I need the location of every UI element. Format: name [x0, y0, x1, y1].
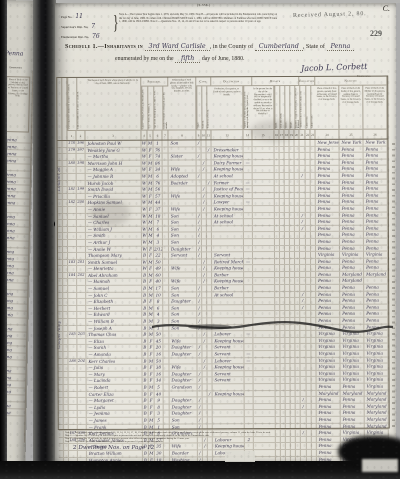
table-cell: Son: [170, 417, 198, 423]
table-cell: —: [244, 259, 253, 265]
table-cell: Penna: [316, 285, 340, 291]
table-cell: [69, 418, 78, 424]
table-cell: Penna: [316, 160, 340, 166]
table-cell: [77, 213, 86, 219]
table-cell: Keeping house: [213, 391, 245, 397]
table-cell: Thomas Chas: [86, 332, 142, 338]
table-cell: Maryland: [365, 423, 389, 429]
table-cell: Lawyer: [212, 200, 244, 206]
table-cell: [244, 173, 253, 179]
column-header: Place of Birth of this person, naming St…: [315, 86, 339, 129]
table-cell: 185: [68, 332, 77, 338]
table-cell: 183: [68, 260, 77, 266]
table-cell: [244, 312, 253, 318]
table-cell: 184: [68, 273, 77, 279]
column-header: Age at last birthday prior to June 1, 18…: [153, 87, 162, 130]
table-cell: Penna: [316, 193, 340, 199]
footnotes-block: Note D.—In the entries under columns num…: [65, 431, 365, 443]
table-cell: [77, 319, 86, 325]
table-cell: Barber: [212, 285, 244, 291]
table-cell: — Johnnie R: [86, 174, 142, 180]
table-cell: Keeping house: [212, 206, 244, 212]
table-cell: [68, 220, 77, 226]
table-cell: [69, 372, 78, 378]
table-cell: Penna: [364, 291, 388, 297]
table-cell: [78, 424, 87, 430]
table-cell: 7: [154, 220, 163, 226]
table-cell: Virginia: [316, 357, 340, 363]
table-cell: [253, 173, 275, 179]
table-cell: Penna: [340, 212, 364, 218]
table-cell: Son: [169, 325, 197, 331]
table-cell: [253, 344, 275, 350]
table-cell: [77, 227, 86, 233]
table-cell: [213, 424, 245, 430]
table-cell: 49: [154, 266, 163, 272]
enum-day-value: fifth: [175, 54, 200, 63]
table-cell: [253, 331, 275, 337]
table-cell: [253, 298, 275, 304]
table-cell: 2/12: [154, 246, 163, 252]
table-cell: Penna: [317, 384, 341, 390]
table-cell: Penna: [316, 318, 340, 324]
table-cell: Penna: [341, 417, 365, 423]
table-cell: Penna: [364, 285, 388, 291]
table-cell: Penna: [364, 225, 388, 231]
table-cell: [78, 405, 87, 411]
table-cell: Carter Eliza: [87, 391, 143, 397]
table-cell: Penna: [317, 404, 341, 410]
table-cell: Daughter: [170, 378, 198, 384]
table-cell: Boarder: [170, 450, 198, 456]
table-cell: [253, 186, 275, 192]
table-cell: Virginia: [364, 364, 388, 370]
county-value: Cumberland: [255, 42, 303, 51]
table-cell: Penna: [316, 239, 340, 245]
supervisor-value: 7: [91, 23, 95, 30]
table-cell: Penna: [341, 410, 365, 416]
table-cell: [254, 404, 276, 410]
table-cell: Maryland: [364, 271, 388, 277]
table-cell: [253, 252, 275, 258]
place-value: 3rd Ward Carlisle: [145, 42, 210, 51]
table-cell: [68, 240, 77, 246]
table-cell: Penna: [364, 186, 388, 192]
table-cell: [213, 411, 245, 417]
table-cell: — Arthur J: [86, 240, 142, 246]
table-cell: 3: [154, 319, 163, 325]
table-cell: [254, 397, 276, 403]
column-number: 3: [85, 130, 141, 140]
column-header: Relationship of each person to the head …: [168, 77, 196, 129]
column-number: 6: [153, 130, 162, 140]
column-header: Occupation: [211, 77, 252, 86]
table-cell: [77, 365, 86, 371]
table-cell: Penna: [340, 285, 364, 291]
label-patch: [362, 459, 398, 472]
schedule-title-line: Schedule 1.—Inhabitants in 3rd Ward Carl…: [65, 42, 391, 50]
table-cell: Penna: [316, 166, 340, 172]
table-cell: [169, 332, 197, 338]
table-cell: [69, 411, 78, 417]
table-cell: 3: [154, 239, 163, 245]
table-cell: [253, 325, 275, 331]
table-body: 178196Johnston Paul WWM1Son/New JerseyNe…: [58, 140, 389, 429]
table-cell: [244, 305, 253, 311]
table-cell: [77, 220, 86, 226]
table-cell: [77, 174, 86, 180]
table-cell: Penna: [316, 199, 340, 205]
table-cell: [244, 318, 253, 324]
table-cell: [253, 292, 275, 298]
table-cell: Penna: [340, 318, 364, 324]
table-cell: [77, 154, 86, 160]
column-header: Education: [299, 77, 315, 86]
table-cell: [169, 358, 197, 364]
table-cell: Daughter: [170, 371, 198, 377]
table-cell: [68, 299, 77, 305]
corner-mark: C.: [383, 4, 390, 13]
table-cell: [244, 285, 253, 291]
table-cell: Penna: [364, 179, 388, 185]
column-header: Civil Condition: [196, 77, 211, 86]
table-cell: Virginia: [340, 331, 364, 337]
table-cell: Daughter: [170, 404, 198, 410]
column-header: Number of months this person has been un…: [243, 86, 252, 129]
table-cell: 204: [77, 358, 86, 364]
table-cell: — Joseph A: [86, 325, 142, 331]
table-cell: [68, 365, 77, 371]
table-cell: Sister: [169, 154, 197, 160]
table-cell: [245, 443, 254, 449]
table-cell: [68, 167, 77, 173]
line-number-ticks: [392, 139, 395, 427]
table-cell: Virginia: [340, 252, 364, 258]
table-cell: [253, 305, 275, 311]
table-cell: [364, 278, 388, 284]
table-cell: [69, 424, 78, 430]
table-cell: Virginia: [364, 252, 388, 258]
table-cell: Penna: [341, 423, 365, 429]
table-cell: [69, 405, 78, 411]
table-cell: Penna: [340, 225, 364, 231]
table-cell: Keeping house: [212, 364, 244, 370]
table-cell: Penna: [364, 245, 388, 251]
table-cell: Penna: [316, 225, 340, 231]
table-cell: Johnston Paul W: [86, 141, 142, 147]
table-cell: [253, 206, 275, 212]
table-cell: Penna: [316, 278, 340, 284]
table-cell: [77, 352, 86, 358]
table-cell: [254, 417, 276, 423]
scan-bottom-edge: [0, 461, 400, 479]
bottom-handwritten-note: 2 Dwellings Nos. on Page 12: [73, 445, 154, 451]
column-header: The Name of each Person whose place of a…: [85, 78, 141, 130]
table-cell: — Frank: [87, 424, 143, 430]
table-cell: [254, 391, 276, 397]
table-cell: 199: [77, 187, 86, 193]
table-cell: 40: [155, 391, 164, 397]
table-cell: Retired Merchant: [212, 259, 244, 265]
table-cell: [68, 174, 77, 180]
table-cell: — Margaret: [87, 398, 143, 404]
table-cell: Penna: [364, 205, 388, 211]
table-cell: [253, 213, 275, 219]
table-cell: Penna: [316, 311, 340, 317]
table-cell: — Amanda: [86, 352, 142, 358]
table-cell: —: [244, 358, 253, 364]
column-number: 13: [211, 129, 243, 139]
table-cell: Penna: [316, 258, 340, 264]
table-cell: Penna: [364, 153, 388, 159]
table-cell: [69, 391, 78, 397]
table-cell: [253, 219, 275, 225]
table-cell: — Eliza: [86, 338, 142, 344]
table-cell: [254, 371, 276, 377]
table-cell: Son: [169, 312, 197, 318]
table-cell: [68, 312, 77, 318]
table-cell: [68, 213, 77, 219]
table-cell: Penna: [317, 423, 341, 429]
table-cell: [253, 318, 275, 324]
table-cell: [253, 358, 275, 364]
table-cell: [212, 246, 244, 252]
table-cell: [68, 180, 77, 186]
column-header: Place of Birth of the Father of this per…: [339, 86, 363, 129]
table-cell: 6: [154, 226, 163, 232]
enum-line-1: enumerated by me on the: [115, 56, 174, 62]
table-cell: 14: [155, 378, 164, 384]
table-cell: Penna: [317, 417, 341, 423]
table-cell: Penna: [364, 324, 388, 330]
table-cell: Penna: [317, 443, 341, 449]
table-cell: [253, 265, 275, 271]
table-cell: Penna: [316, 146, 340, 152]
table-cell: — Hannah: [86, 279, 142, 285]
note-c: Note C.—Questions Nos. 13, 14, 22 and 23…: [150, 20, 261, 23]
table-cell: — Jemima: [87, 411, 143, 417]
table-cell: 6: [154, 305, 163, 311]
table-cell: — Herbert: [86, 305, 142, 311]
table-cell: Virginia: [340, 337, 364, 343]
table-cell: Servant: [213, 371, 245, 377]
table-cell: Penna: [340, 166, 364, 172]
table-cell: Virginia: [316, 364, 340, 370]
table-cell: Keeping house: [212, 265, 244, 271]
table-cell: [244, 345, 253, 351]
table-cell: Penna: [364, 238, 388, 244]
table-cell: 203: [77, 332, 86, 338]
column-header: Profession, Occupation, or Trade of each…: [211, 86, 243, 129]
column-header: Dwelling houses numbered in order of vis…: [67, 78, 76, 130]
table-cell: —: [244, 351, 253, 357]
table-cell: Smith Samuel: [86, 259, 142, 265]
table-cell: [77, 246, 86, 252]
table-cell: Virginia: [316, 331, 340, 337]
column-number: 24: [315, 129, 339, 139]
table-cell: [77, 293, 86, 299]
table-cell: Virginia: [365, 430, 389, 436]
table-cell: 186: [68, 359, 77, 365]
table-cell: Maryland: [317, 390, 341, 396]
table-cell: [244, 239, 253, 245]
table-cell: 16: [154, 352, 163, 358]
table-cell: —: [244, 186, 253, 192]
table-cell: [254, 450, 276, 456]
page-no-label: Page No.: [61, 15, 72, 19]
table-cell: Penna: [340, 239, 364, 245]
table-cell: Daughter: [169, 299, 197, 305]
table-cell: Virginia: [341, 370, 365, 376]
state-label: , State of: [303, 43, 325, 50]
table-cell: Keeping house: [213, 443, 245, 449]
table-cell: [68, 233, 77, 239]
table-cell: Virginia: [364, 357, 388, 363]
table-cell: Son: [169, 292, 197, 298]
table-cell: Maryland: [365, 403, 389, 409]
table-cell: Penna: [316, 298, 340, 304]
table-cell: Servant: [212, 252, 244, 258]
form-number: (5-356.): [197, 3, 211, 7]
table-cell: Maryland: [365, 397, 389, 403]
table-cell: Penna: [316, 206, 340, 212]
table-cell: Son: [169, 233, 197, 239]
form-notes: Note A.—The Census Year begins June 1, 1…: [119, 13, 277, 24]
table-cell: Penna: [316, 265, 340, 271]
column-header: Families numbered in order of visitation…: [76, 78, 85, 130]
table-cell: [68, 279, 77, 285]
table-cell: [212, 239, 244, 245]
table-cell: — Henrietta: [86, 266, 142, 272]
table-cell: 50: [154, 332, 163, 338]
column-header: Cannot write.: [310, 86, 315, 129]
table-cell: Virginia: [364, 351, 388, 357]
table-cell: Penna: [364, 146, 388, 152]
table-cell: — James: [87, 418, 143, 424]
table-cell: [253, 232, 275, 238]
table-cell: Penna: [364, 304, 388, 310]
scan-left-edge: [0, 0, 7, 479]
table-cell: Wife: [169, 193, 197, 199]
table-cell: 201: [77, 260, 86, 266]
table-cell: [77, 167, 86, 173]
table-cell: Virginia: [316, 344, 340, 350]
label-patch: [225, 451, 255, 462]
table-cell: 57: [154, 193, 163, 199]
table-cell: Penna: [340, 186, 364, 192]
table-cell: [169, 187, 197, 193]
table-cell: Virginia: [317, 371, 341, 377]
table-cell: 50: [154, 259, 163, 265]
page-no-row: Page No.11: [61, 12, 113, 22]
table-cell: Penna: [316, 219, 340, 225]
table-cell: — Edward: [86, 312, 142, 318]
scan-smudge: [250, 120, 300, 142]
table-cell: [78, 385, 87, 391]
table-cell: [68, 345, 77, 351]
table-cell: Daughter: [170, 398, 198, 404]
table-cell: 44: [154, 200, 163, 206]
district-brace: }: [113, 12, 119, 35]
table-cell: Penna: [340, 146, 364, 152]
table-cell: Thompson Mary: [86, 253, 142, 259]
table-cell: Virginia: [364, 331, 388, 337]
table-cell: [77, 325, 86, 331]
table-cell: [78, 418, 87, 424]
table-cell: 196: [77, 141, 86, 147]
table-cell: Maryland: [365, 390, 389, 396]
table-cell: [245, 404, 254, 410]
table-cell: Virginia: [341, 377, 365, 383]
table-cell: [244, 219, 253, 225]
table-cell: Penna: [316, 291, 340, 297]
column-header: Place of Birth of the Mother of this per…: [363, 86, 387, 129]
column-number: 26: [363, 129, 387, 139]
table-cell: [77, 345, 86, 351]
table-cell: Virginia: [340, 357, 364, 363]
table-cell: [253, 246, 275, 252]
table-cell: 56: [154, 187, 163, 193]
table-cell: [253, 193, 275, 199]
table-cell: [253, 272, 275, 278]
table-cell: 76: [154, 180, 163, 186]
table-cell: Penna: [364, 173, 388, 179]
table-header: Dwelling houses numbered in order of vis…: [57, 77, 387, 141]
table-cell: 5: [155, 417, 164, 423]
table-cell: [77, 339, 86, 345]
table-cell: [78, 411, 87, 417]
table-cell: 16: [155, 371, 164, 377]
column-header: Personal Description: [141, 78, 168, 87]
table-cell: [254, 384, 276, 390]
table-cell: [244, 226, 253, 232]
table-cell: [253, 239, 275, 245]
table-cell: [245, 378, 254, 384]
table-cell: Penna: [364, 258, 388, 264]
book-binding: [33, 0, 56, 479]
table-cell: — Maggie A: [86, 167, 142, 173]
district-block: Page No.11 Supervisor's Dist. No.7 Enume…: [61, 12, 113, 42]
table-cell: [77, 207, 86, 213]
table-cell: Penna: [316, 173, 340, 179]
table-cell: 22: [154, 253, 163, 259]
table-cell: Penna: [364, 298, 388, 304]
table-cell: Son: [169, 239, 197, 245]
table-cell: Penna: [340, 258, 364, 264]
table-cell: Servant: [169, 252, 197, 258]
table-cell: [69, 398, 78, 404]
table-cell: [244, 279, 253, 285]
table-cell: [244, 147, 253, 153]
table-cell: Son: [169, 213, 197, 219]
table-cell: New York: [340, 140, 364, 146]
table-cell: —: [244, 180, 253, 186]
table-cell: 202: [77, 273, 86, 279]
table-cell: Daughter: [169, 246, 197, 252]
table-cell: [245, 371, 254, 377]
table-cell: [78, 378, 87, 384]
table-cell: Penna: [340, 153, 364, 159]
table-cell: Penna: [316, 305, 340, 311]
footnote-g: Note G.—In column No. 22 the enumeration…: [65, 440, 365, 443]
table-cell: Grandson: [170, 384, 198, 390]
table-cell: [253, 311, 275, 317]
table-cell: Virginia: [316, 338, 340, 344]
table-cell: [244, 265, 253, 271]
table-cell: Dressmaker: [212, 147, 244, 153]
census-sheet: (5-356.) C. Received August 2, 80. 229 P…: [55, 3, 396, 461]
table-cell: [169, 259, 197, 265]
